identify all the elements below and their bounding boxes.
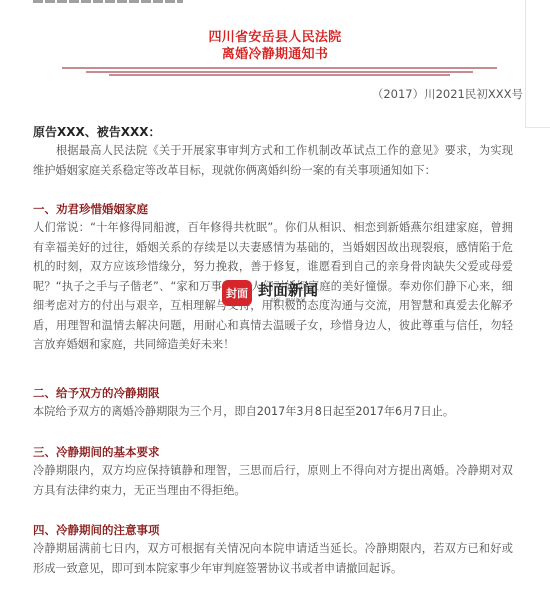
- section-4: 四、冷静期间的注意事项 冷静期届满前七日内，双方可根据有关情况向本院申请适当延长…: [33, 521, 513, 578]
- document-header: 四川省安岳县人民法院 离婚冷静期通知书: [0, 29, 550, 63]
- side-panel: [525, 0, 550, 128]
- section-body: 本院给予双方的离婚冷静期限为三个月，即自2017年3月8日起至2017年6月7日…: [33, 402, 513, 422]
- parties-line: 原告XXX、被告XXX：: [33, 123, 513, 141]
- document-title: 离婚冷静期通知书: [0, 46, 550, 63]
- header-rule-2: [86, 71, 473, 73]
- header-rule-3: [109, 74, 450, 76]
- brand-logo-icon: 封面: [222, 280, 252, 306]
- section-heading: 二、给予双方的冷静期限: [33, 384, 513, 402]
- section-heading: 一、劝君珍惜婚姻家庭: [33, 200, 513, 218]
- section-heading: 四、冷静期间的注意事项: [33, 521, 513, 539]
- intro-block: 原告XXX、被告XXX： 根据最高人民法院《关于开展家事审判方式和工作机制改革试…: [33, 123, 513, 180]
- header-rule-1: [62, 67, 497, 69]
- section-body: 冷静期届满前七日内，双方可根据有关情况向本院申请适当延长。冷静期限内，若双方已和…: [33, 539, 513, 578]
- section-body: 冷静期限内，双方均应保持镇静和理智，三思而后行，原则上不得向对方提出离婚。冷静期…: [33, 461, 513, 500]
- watermark: 封面 封面新闻 封面 · 四川新闻: [222, 280, 318, 306]
- case-number: （2017）川2021民初XXX号: [372, 86, 523, 102]
- brand-name: 封面新闻: [258, 282, 318, 298]
- brand-tagline: 封面 · 四川新闻: [258, 298, 318, 304]
- court-name: 四川省安岳县人民法院: [0, 29, 550, 46]
- section-1: 一、劝君珍惜婚姻家庭 人们常说：“十年修得同船渡，百年修得共枕眠”。你们从相识、…: [33, 200, 513, 355]
- section-heading: 三、冷静期间的基本要求: [33, 443, 513, 461]
- section-2: 二、给予双方的冷静期限 本院给予双方的离婚冷静期限为三个月，即自2017年3月8…: [33, 384, 513, 422]
- section-3: 三、冷静期间的基本要求 冷静期限内，双方均应保持镇静和理智，三思而后行，原则上不…: [33, 443, 513, 500]
- cut-off-text-line: [33, 0, 183, 3]
- intro-paragraph: 根据最高人民法院《关于开展家事审判方式和工作机制改革试点工作的意见》要求，为实现…: [33, 141, 513, 180]
